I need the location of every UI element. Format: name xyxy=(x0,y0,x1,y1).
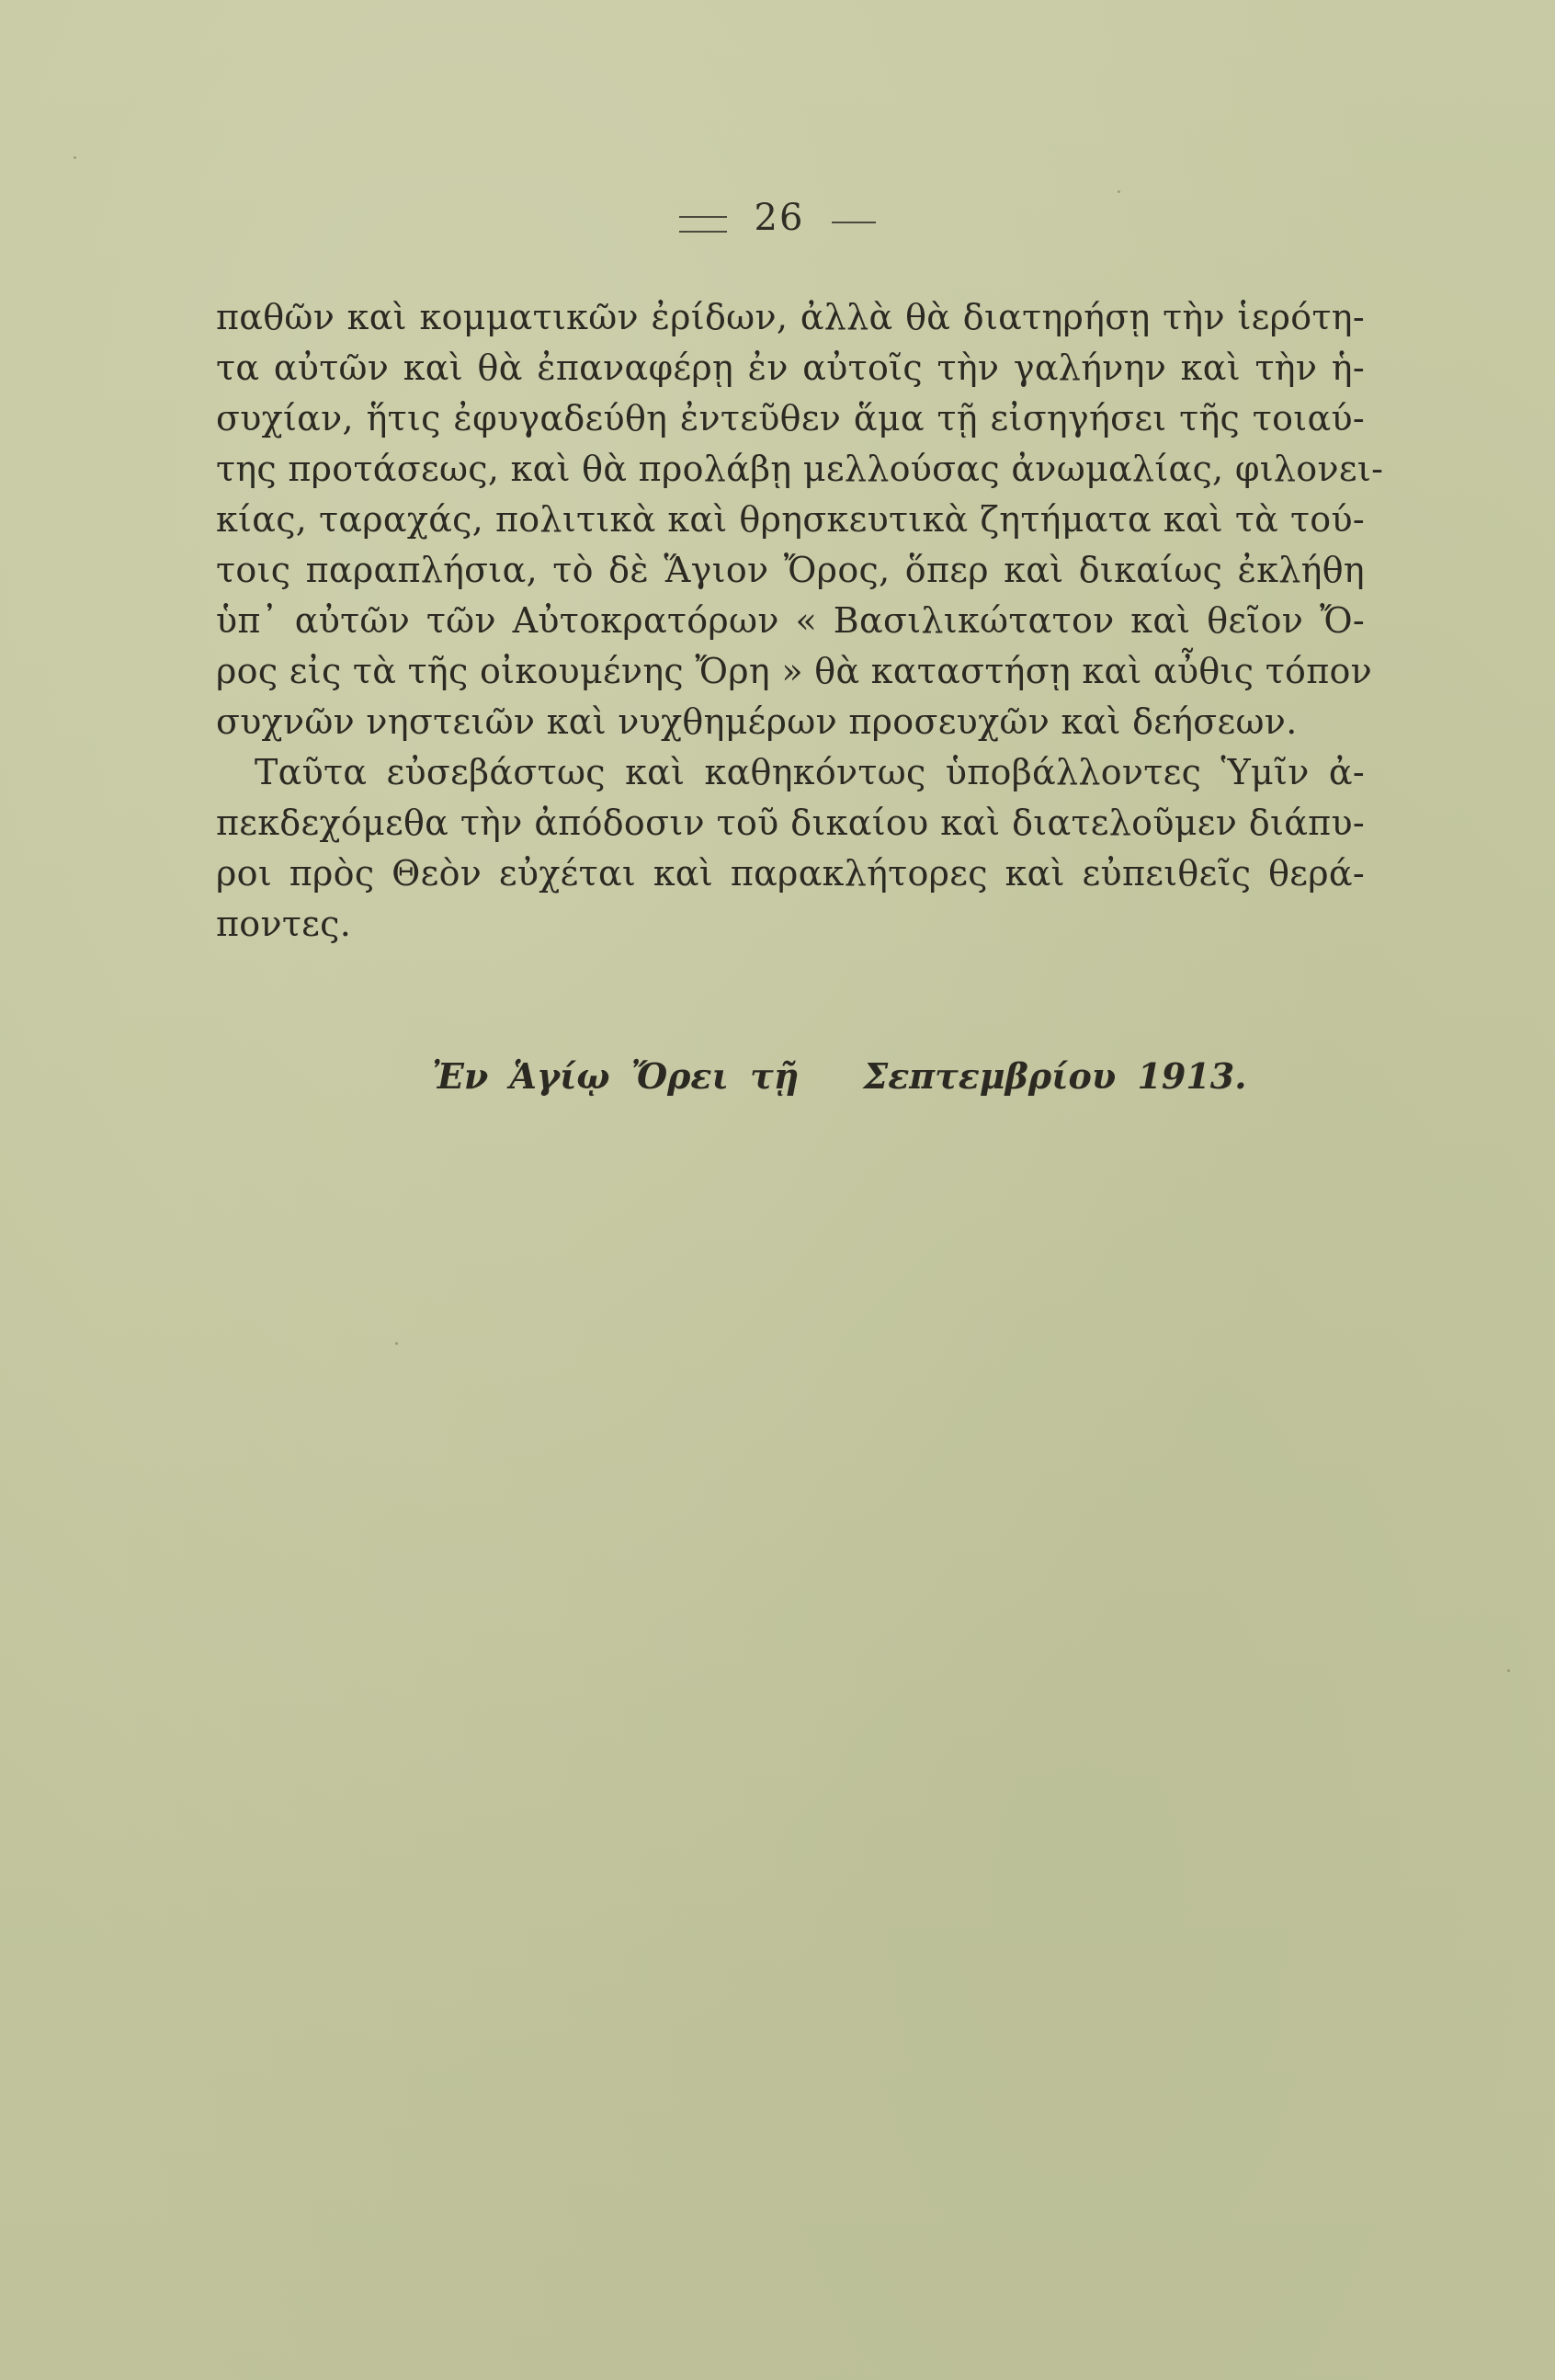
text-line: πεκδεχόμεθα τὴν ἀπόδοσιν τοῦ δικαίου καὶ… xyxy=(216,798,1365,848)
body-text: παθῶν καὶ κομματικῶν ἐρίδων, ἀλλὰ θὰ δια… xyxy=(216,292,1365,950)
paper-speck xyxy=(1507,1669,1510,1672)
paragraph-start-line: Ταῦτα εὐσεβάστως καὶ καθηκόντως ὑποβάλλο… xyxy=(216,747,1365,798)
text-line: συχίαν, ἥτις ἐφυγαδεύθη ἐντεῦθεν ἅμα τῇ … xyxy=(216,393,1365,444)
book-page: 26 παθῶν καὶ κομματικῶν ἐρίδων, ἀλλὰ θὰ … xyxy=(0,0,1555,2380)
paper-speck xyxy=(395,1342,398,1345)
page-number: 26 xyxy=(755,197,805,239)
signature-dateline: Ἐν Ἁγίῳ Ὄρει τῇΣεπτεμβρίου 1913. xyxy=(432,1055,1246,1097)
dash-ornament xyxy=(832,222,876,223)
text-line: κίας, ταραχάς, πολιτικὰ καὶ θρησκευτικὰ … xyxy=(216,495,1365,545)
text-line: τοις παραπλήσια, τὸ δὲ Ἅγιον Ὄρος, ὅπερ … xyxy=(216,545,1365,596)
text-line: τα αὐτῶν καὶ θὰ ἐπαναφέρῃ ἐν αὐτοῖς τὴν … xyxy=(216,343,1365,393)
text-line: ροι πρὸς Θεὸν εὐχέται καὶ παρακλήτορες κ… xyxy=(216,848,1365,899)
text-line: ρος εἰς τὰ τῆς οἰκουμένης Ὄρη » θὰ κατασ… xyxy=(216,646,1365,697)
text-line: ποντες. xyxy=(216,899,1365,950)
text-line: ὑπ᾽ αὐτῶν τῶν Αὐτοκρατόρων « Βασιλικώτατ… xyxy=(216,596,1365,646)
double-dash-ornament xyxy=(679,216,727,233)
text-line: της προτάσεως, καὶ θὰ προλάβῃ μελλούσας … xyxy=(216,444,1365,495)
page-header: 26 xyxy=(0,197,1555,239)
text-line: παθῶν καὶ κομματικῶν ἐρίδων, ἀλλὰ θὰ δια… xyxy=(216,292,1365,343)
text-line: συχνῶν νηστειῶν καὶ νυχθημέρων προσευχῶν… xyxy=(216,697,1365,747)
signature-place: Ἐν Ἁγίῳ Ὄρει τῇ xyxy=(432,1055,799,1097)
signature-date: Σεπτεμβρίου 1913. xyxy=(863,1055,1246,1097)
paper-speck xyxy=(1118,190,1120,193)
paper-speck xyxy=(74,156,76,159)
